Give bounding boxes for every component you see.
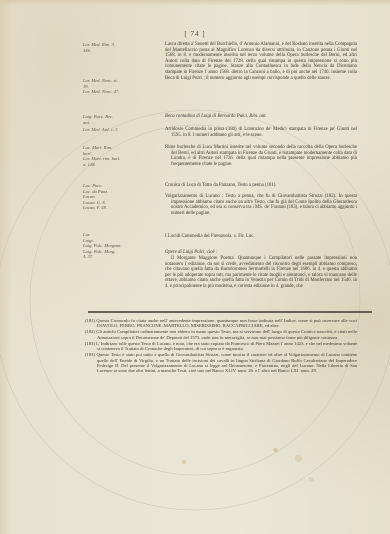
margin-note: Lor. Med. Ard. c. 3. xyxy=(83,127,163,133)
catalog-entry: Opere di Luigi Pulci, cioè : xyxy=(165,250,357,256)
stain xyxy=(182,460,186,464)
footnote: (183) Questo Testo è stato poi unito a q… xyxy=(85,352,357,374)
footnotes: (181) Questa Cronaculo fu citata anche n… xyxy=(85,318,357,374)
margin-note: Luig. Pucc. Bec. ant. xyxy=(83,114,163,125)
catalog-entry: Il Morgante Maggiore Poema. Quantunque i… xyxy=(165,256,357,290)
margin-note: Lur. Luigi. Luig. Pulc. Morgant. Luig. P… xyxy=(83,232,163,260)
footnote: (183) L' Indirizzo tolle questo Testo di… xyxy=(85,341,357,352)
margin-note: Lor. Med. Nenc. st. 19. Lor. Med. Nenc. … xyxy=(83,78,163,95)
margin-note: Lor. Med. Rim. 3. 146. xyxy=(83,42,163,53)
stain xyxy=(308,477,314,482)
catalog-entry: Lasca diretta a' Sonetti del Burchiello,… xyxy=(165,42,357,81)
footnote-separator-rule xyxy=(88,311,372,313)
stain xyxy=(295,455,302,462)
footnote: (181) Questa Cronaculo fu citata anche n… xyxy=(85,318,357,329)
footnote: (182) Gli antichi Compilatori ordinariam… xyxy=(85,329,357,340)
stain xyxy=(273,448,278,452)
catalog-entry: Beca contadina di Luigi di Bernardo Pulc… xyxy=(165,114,357,120)
catalog-entry: Volgarizzamento di Lucano ; Testo a penn… xyxy=(165,194,357,216)
margin-note: Luc. Pucc. Luc. da Panz. Lucan. Lucan. G… xyxy=(83,183,163,211)
page-number: [ 74 ] xyxy=(0,30,390,38)
catalog-entry: Rime burlesche di Luca Martini inserite … xyxy=(165,145,357,167)
margin-note: Luc. Mart. Rim. burl. Lor. Mart. rim. bu… xyxy=(83,145,163,167)
catalog-entry: Cronica di Luca di Totto da Panzano, Tes… xyxy=(165,183,357,189)
page-top-edge xyxy=(0,0,390,6)
scanned-page: [ 74 ] Lor. Med. Rim. 3. 146. Lasca dire… xyxy=(0,0,390,534)
catalog-entry: I Lucidi Commedia del Firenzuola. v. Fir… xyxy=(165,234,357,240)
catalog-entry: Arridosio Commedia in prosa (180) di Lor… xyxy=(165,127,357,138)
